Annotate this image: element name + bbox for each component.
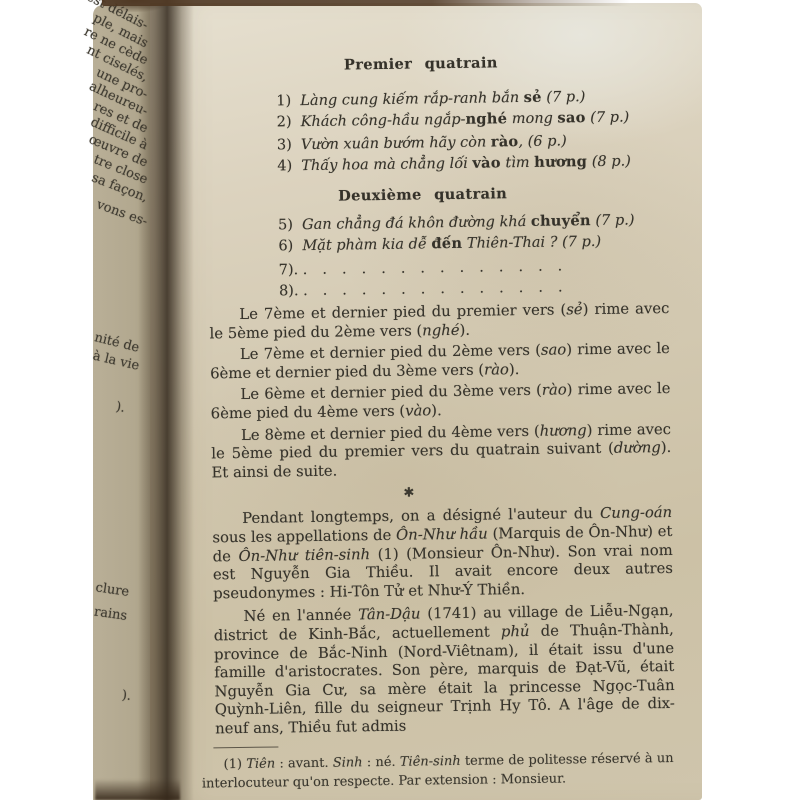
footnote: (1) Tiên : avant. Sinh : né. Tiên-sinh t…	[202, 749, 674, 794]
poem-line-text: Vườn xuân bướm hãy còn rào, (6 p.)	[301, 133, 567, 153]
rhyme-paragraph-2: Le 7ème et dernier pied du 2ème vers (sa…	[210, 340, 670, 384]
heading-deuxieme-quatrain: Deuxième quatrain	[208, 183, 638, 207]
line-number: 1)	[276, 91, 300, 112]
poem-line-text: Làng cung kiếm rắp-ranh bắn sẻ (7 p.)	[300, 89, 585, 109]
rhyme-paragraph-4: Le 8ème et dernier pied du 4ème vers (hư…	[211, 421, 672, 483]
footnote-rule	[213, 747, 278, 749]
section-separator-star-icon: ✱	[212, 484, 606, 503]
line-number: 5)	[278, 215, 302, 236]
poem-line-dots: ..............	[303, 258, 578, 278]
rhyme-paragraph-1: Le 7ème et dernier pied du premier vers …	[209, 300, 669, 344]
line-number: 4)	[277, 156, 301, 177]
bio-paragraph-1: Pendant longtemps, on a désigné l'auteur…	[212, 504, 673, 603]
poem-line-dots: ..............	[303, 279, 578, 299]
line-number: 7).	[279, 260, 303, 281]
poem-line-text: Mặt phàm kia dễ đến Thiên-Thai ? (7 p.)	[302, 233, 601, 253]
poem-line-text: Khách công-hầu ngắp-nghé mong sao (7 p.)	[301, 109, 630, 130]
heading-premier-quatrain: Premier quatrain	[206, 52, 636, 76]
quatrain-1: 1)Làng cung kiếm rắp-ranh bắn sẻ (7 p.) …	[206, 86, 667, 177]
bio-paragraph-2: Né en l'année Tân-Dậu (1741) au village …	[213, 602, 675, 739]
line-number: 6)	[278, 236, 302, 257]
poem-line-text: Thấy hoa mà chẳng lối vào tìm hương (8 p…	[301, 153, 631, 174]
left-page-fragment: ).	[41, 387, 126, 416]
left-page-fragment: ).	[47, 680, 132, 704]
rhyme-paragraph-3: Le 6ème et dernier pied du 3ème vers (rà…	[210, 380, 670, 424]
poem-line-text: Gan chẳng đá khôn đường khá chuyển (7 p.…	[302, 212, 635, 233]
line-number: 3)	[277, 135, 301, 156]
line-number: 2)	[277, 112, 301, 133]
quatrain-2: 5)Gan chẳng đá khôn đường khá chuyển (7 …	[208, 210, 669, 302]
left-page-fragment: rains	[43, 597, 128, 624]
line-number: 8).	[279, 281, 303, 302]
page-text-column: Premier quatrain 1)Làng cung kiếm rắp-ra…	[205, 0, 676, 800]
book-photo: est délais- ple, mais re ne cède nt cise…	[0, 0, 800, 800]
left-page-fragment: clure	[45, 573, 130, 600]
